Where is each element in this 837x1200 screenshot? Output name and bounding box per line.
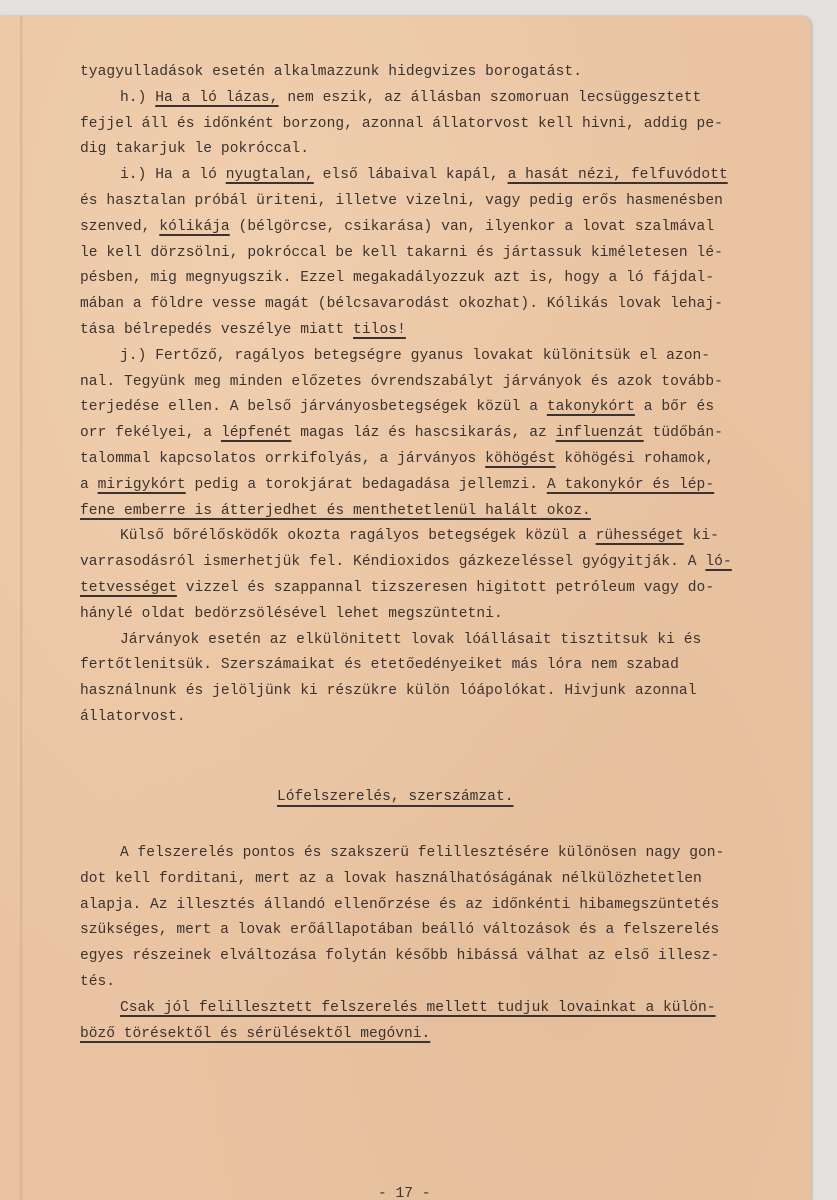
text-span: h.) <box>120 90 155 106</box>
text-line: talommal kapcsolatos orrkifolyás, a járv… <box>80 447 760 473</box>
text-span: a bőr és <box>635 399 714 415</box>
underlined-text: tilos! <box>353 322 406 338</box>
text-span: állatorvost. <box>80 709 186 725</box>
text-line: A felszerelés pontos és szakszerü felill… <box>80 841 760 867</box>
underlined-text: rühességet <box>596 528 684 544</box>
text-span: egyes részeinek elváltozása folytán késő… <box>80 948 719 964</box>
text-span: i.) Ha a ló <box>120 167 226 183</box>
text-span: tés. <box>80 974 115 990</box>
text-span: vizzel és szappannal tizszeresen higitot… <box>177 580 714 596</box>
text-line: Külső bőrélősködők okozta ragályos beteg… <box>80 524 760 550</box>
text-span: szenved, <box>80 219 159 235</box>
text-span: dot kell forditani, mert az a lovak hasz… <box>80 871 702 887</box>
text-span: ki- <box>684 528 719 544</box>
underlined-text: A takonykór és lép- <box>547 477 714 493</box>
text-span: első lábaival kapál, <box>314 167 508 183</box>
text-line: dot kell forditani, mert az a lovak hasz… <box>80 867 760 893</box>
document-page: tyagyulladások esetén alkalmazzunk hideg… <box>0 16 811 1200</box>
text-span: varrasodásról ismerhetjük fel. Kéndioxid… <box>80 554 705 570</box>
text-span: fertőtlenitsük. Szerszámaikat és etetőed… <box>80 657 679 673</box>
underlined-text: fene emberre is átterjedhet és menthetet… <box>80 503 591 519</box>
text-span: Külső bőrélősködők okozta ragályos beteg… <box>120 528 596 544</box>
text-span: köhögési rohamok, <box>556 451 715 467</box>
underlined-text: böző törésektől és sérülésektől megóvni. <box>80 1026 430 1042</box>
text-span: hánylé oldat bedörzsölésével lehet megsz… <box>80 606 503 622</box>
underlined-text: a hasát nézi, felfuvódott <box>508 167 728 183</box>
text-span: a <box>80 477 98 493</box>
section-1-body: tyagyulladások esetén alkalmazzunk hideg… <box>80 60 760 731</box>
text-line: fejjel áll és időnként borzong, azonnal … <box>80 112 760 138</box>
text-span: A felszerelés pontos és szakszerü felill… <box>120 845 724 861</box>
text-line: tása bélrepedés veszélye miatt tilos! <box>80 318 760 344</box>
binding-fold <box>20 16 23 1200</box>
underlined-text: köhögést <box>485 451 555 467</box>
text-line: hánylé oldat bedörzsölésével lehet megsz… <box>80 602 760 628</box>
text-span: tása bélrepedés veszélye miatt <box>80 322 353 338</box>
text-span: tyagyulladások esetén alkalmazzunk hideg… <box>80 64 582 80</box>
text-span: nem eszik, az állásban szomoruan lecsügg… <box>279 90 702 106</box>
text-line: pésben, mig megnyugszik. Ezzel megakadál… <box>80 266 760 292</box>
section-heading: Lófelszerelés, szerszámzat. <box>277 789 513 805</box>
text-line: szenved, kólikája (bélgörcse, csikarása)… <box>80 215 760 241</box>
underlined-text: Ha a ló lázas, <box>155 90 278 106</box>
underlined-text: lépfenét <box>221 425 291 441</box>
text-span: orr fekélyei, a <box>80 425 221 441</box>
text-span: magas láz és hascsikarás, az <box>291 425 555 441</box>
text-span: dig takarjuk le pokróccal. <box>80 141 309 157</box>
text-line: Csak jól felillesztett felszerelés melle… <box>80 996 760 1022</box>
text-span: talommal kapcsolatos orrkifolyás, a járv… <box>80 451 485 467</box>
text-line: tés. <box>80 970 760 996</box>
underlined-text: mirigykórt <box>98 477 186 493</box>
text-span: (bélgörcse, csikarása) van, ilyenkor a l… <box>230 219 714 235</box>
section-2-body: A felszerelés pontos és szakszerü felill… <box>80 841 760 1047</box>
text-line: j.) Fertőző, ragályos betegségre gyanus … <box>80 344 760 370</box>
text-line: tetvességet vizzel és szappannal tizszer… <box>80 576 760 602</box>
text-span: használnunk és jelöljünk ki részükre kül… <box>80 683 697 699</box>
text-line: használnunk és jelöljünk ki részükre kül… <box>80 679 760 705</box>
text-line: szükséges, mert a lovak erőállapotában b… <box>80 918 760 944</box>
text-line: egyes részeinek elváltozása folytán késő… <box>80 944 760 970</box>
text-span: szükséges, mert a lovak erőállapotában b… <box>80 922 719 938</box>
text-line: tyagyulladások esetén alkalmazzunk hideg… <box>80 60 760 86</box>
text-line: orr fekélyei, a lépfenét magas láz és ha… <box>80 421 760 447</box>
underlined-text: takonykórt <box>547 399 635 415</box>
text-span: fejjel áll és időnként borzong, azonnal … <box>80 116 723 132</box>
text-span: pésben, mig megnyugszik. Ezzel megakadál… <box>80 270 714 286</box>
underlined-text: influenzát <box>556 425 644 441</box>
text-line: böző törésektől és sérülésektől megóvni. <box>80 1022 760 1048</box>
text-line: a mirigykórt pedig a torokjárat bedagadá… <box>80 473 760 499</box>
text-span: le kell dörzsölni, pokróccal be kell tak… <box>80 245 723 261</box>
underlined-text: kólikája <box>159 219 229 235</box>
text-line: fene emberre is átterjedhet és menthetet… <box>80 499 760 525</box>
text-line: terjedése ellen. A belső járványosbetegs… <box>80 395 760 421</box>
text-span: nal. Tegyünk meg minden előzetes óvrends… <box>80 374 723 390</box>
text-span: j.) Fertőző, ragályos betegségre gyanus … <box>120 348 710 364</box>
text-span: alapja. Az illesztés állandó ellenőrzése… <box>80 897 719 913</box>
text-line: fertőtlenitsük. Szerszámaikat és etetőed… <box>80 653 760 679</box>
text-line: dig takarjuk le pokróccal. <box>80 137 760 163</box>
underlined-text: tetvességet <box>80 580 177 596</box>
text-line: állatorvost. <box>80 705 760 731</box>
text-line: nal. Tegyünk meg minden előzetes óvrends… <box>80 370 760 396</box>
text-span: és hasztalan próbál üriteni, illetve viz… <box>80 193 723 209</box>
underlined-text: nyugtalan, <box>226 167 314 183</box>
text-line: Járványok esetén az elkülönitett lovak l… <box>80 628 760 654</box>
text-line: varrasodásról ismerhetjük fel. Kéndioxid… <box>80 550 760 576</box>
page-number: - 17 - <box>378 1186 431 1200</box>
text-line: le kell dörzsölni, pokróccal be kell tak… <box>80 241 760 267</box>
text-line: mában a földre vesse magát (bélcsavarodá… <box>80 292 760 318</box>
text-line: alapja. Az illesztés állandó ellenőrzése… <box>80 893 760 919</box>
text-span: Járványok esetén az elkülönitett lovak l… <box>120 632 701 648</box>
text-span: terjedése ellen. A belső járványosbetegs… <box>80 399 547 415</box>
underlined-text: ló- <box>705 554 731 570</box>
text-span: mában a földre vesse magát (bélcsavarodá… <box>80 296 723 312</box>
text-line: i.) Ha a ló nyugtalan, első lábaival kap… <box>80 163 760 189</box>
text-line: h.) Ha a ló lázas, nem eszik, az állásba… <box>80 86 760 112</box>
text-line: és hasztalan próbál üriteni, illetve viz… <box>80 189 760 215</box>
text-span: pedig a torokjárat bedagadása jellemzi. <box>186 477 547 493</box>
underlined-text: Csak jól felillesztett felszerelés melle… <box>120 1000 716 1016</box>
text-span: tüdőbán- <box>644 425 723 441</box>
